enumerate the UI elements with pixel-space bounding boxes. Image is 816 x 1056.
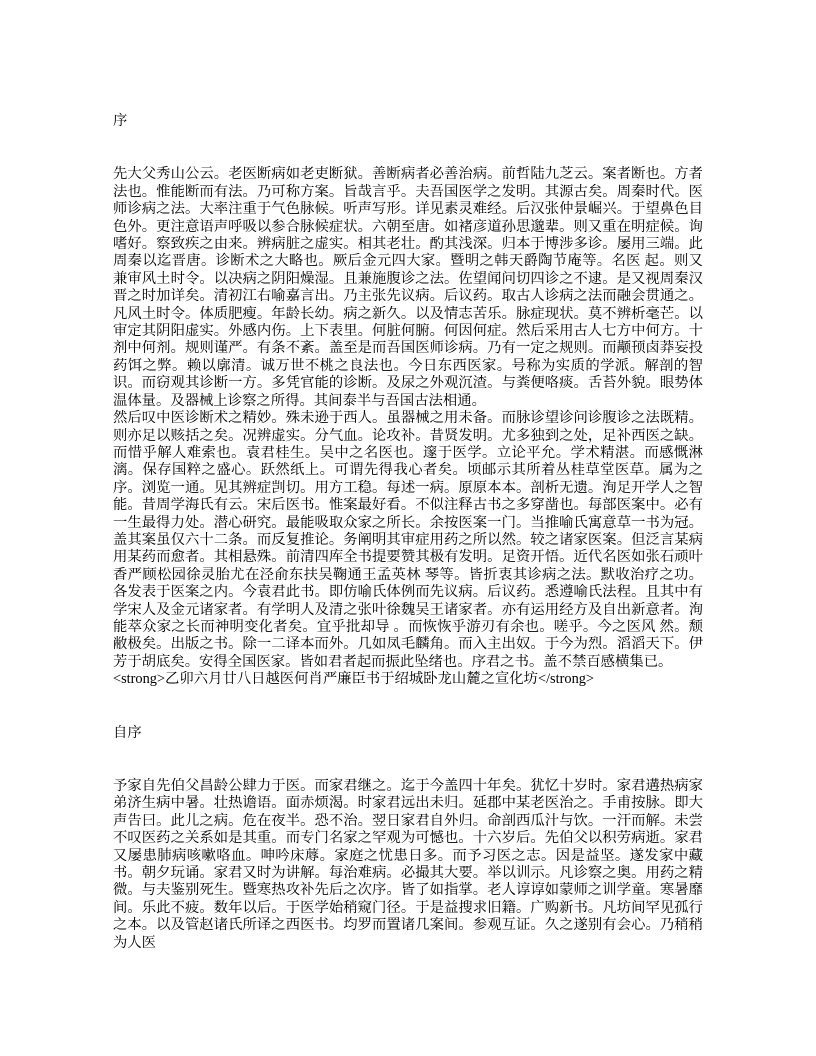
preface-paragraph-2: 然后叹中医诊断术之精妙。殊未逊于西人。虽器械之用未备。而脉诊望诊问诊腹诊之法既精…	[113, 410, 703, 671]
document-page: 序 先大父秀山公云。老医断病如老吏断狱。善断病者必善治病。前哲陆九芝云。案者断也…	[0, 0, 816, 1056]
section-heading-self-preface: 自序	[113, 725, 703, 742]
preface-paragraph-1: 先大父秀山公云。老医断病如老吏断狱。善断病者必善治病。前哲陆九芝云。案者断也。方…	[113, 166, 703, 410]
self-preface-paragraph-1: 予家自先伯父昌龄公肆力于医。而家君继之。迄于今盖四十年矣。犹忆十岁时。家君遘热病…	[113, 778, 703, 952]
section-heading-preface: 序	[113, 113, 703, 130]
preface-signature-line: <strong>乙卯六月廿八日越医何肖严廉臣书于绍城卧龙山麓之宣化坊</stro…	[113, 671, 703, 688]
